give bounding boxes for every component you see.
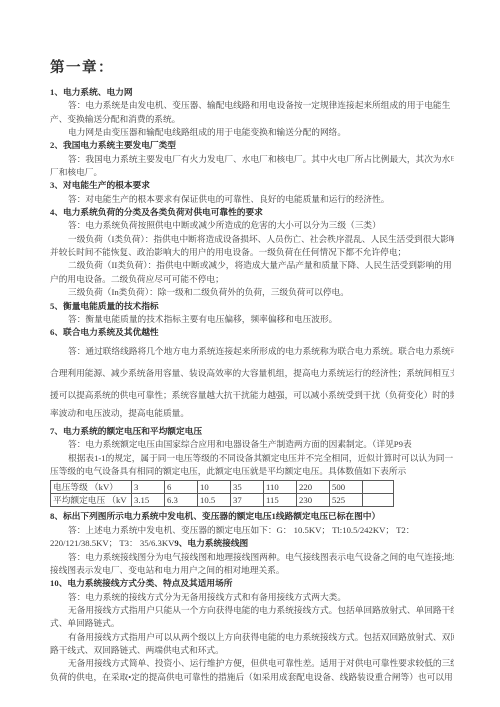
answer-line: 厂和核电厂。 [50, 166, 454, 179]
table-cell: 6 [165, 481, 198, 494]
table-cell: 10 [198, 481, 231, 494]
answer-line: 答：通过联络线路将几个地方电力系统连接起来所形成的电力系统称为联合电力系统。联合… [50, 340, 454, 362]
answer-line: 答：对电能生产的根本要求有保证供电的可靠性、良好的电能质量和运行的经济性。 [50, 193, 454, 206]
answer-line: 答：电力系统接线图分为电气接线图和地理接线图两种。电气接线图表示电气设备之间的电… [50, 551, 454, 564]
answer-line: 无备用接线方式简单、投资小、运行维护方便，但供电可靠性差。适用于对供电可靠性要求… [50, 657, 454, 670]
answer-line: 式、单回路链式。 [50, 617, 454, 630]
voltage-table: 电压等级 （kV） 3 6 10 35 110 220 500 平均额定电压 （… [50, 480, 394, 507]
table-cell: 10.5 [198, 494, 231, 507]
answer-line: 二级负荷（II类负荷）：指供电中断或减少，将造成大量产品产量和质量下降、人民生活… [50, 259, 454, 272]
document-page: 第一章： 1、电力系统、电力网 答：电力系统是由发电机、变压器、输配电线路和用电… [0, 0, 500, 707]
answer-line: 并较长时间不能恢复、政治影响大的用户的用电设备。一级负荷在任何情况下都不允许停电… [50, 246, 454, 259]
answer-line: 户的用电设备。二级负荷应尽可可能不停电； [50, 273, 454, 286]
question-8: 8、标出下列图所示电力系统中发电机、变压器的额定电压1线路额定电压已标在图中） [50, 510, 454, 523]
table-cell [363, 494, 394, 507]
answer-line: 答：衡量电能质量的技术指标主要有电压偏移，频率偏移和电压波形。 [50, 313, 454, 326]
answer-line: 答：电力系统是由发电机、变压器、输配电线路和用电设备按一定规律连接起来所组成的用… [50, 99, 454, 112]
table-cell: 500 [330, 481, 363, 494]
answer-text: 220/121/38.5KV； T3： 35/6.3KV [50, 538, 174, 548]
answer-line-with-question-9: 220/121/38.5KV； T3： 35/6.3KV9、电力系统接线图 [50, 537, 454, 550]
answer-line: 一级负荷（I类负荷）：指供电中断将造成设备损坏、人员伤亡、社会秩序混乱、人民生活… [50, 233, 454, 246]
answer-line: 答：我国电力系统主要发电厂有火力发电厂、水电厂和核电厂。其中火电厂所占比例最大，… [50, 153, 454, 166]
question-5: 5、衡量电能质量的技术指标 [50, 300, 454, 313]
answer-line: 答：电力系统负荷按照供电中断或减少所造成的危害的大小可以分为三级（三类） [50, 219, 454, 232]
table-cell: 525 [330, 494, 363, 507]
table-cell: 230 [297, 494, 330, 507]
answer-line: 率波动和电压波动，提高电能质量。 [50, 407, 454, 420]
question-4: 4、电力系统负荷的分类及各类负荷对供电可靠性的要求 [50, 206, 454, 219]
table-cell: 平均额定电压 （kV [51, 494, 132, 507]
table-cell: 115 [264, 494, 297, 507]
answer-line: 负荷的供电，在采取•定的提高供电可靠性的措施后（如采用成套配电设备、线路装设重合… [50, 671, 454, 684]
question-3: 3、对电能生产的根本要求 [50, 179, 454, 192]
answer-line: 答：上述电力系统中发电机、变压器的额定电压如下：G： 10.5KV； Tl:10… [50, 524, 454, 537]
table-cell: 35 [231, 481, 264, 494]
answer-line: 答：电力系统的接线方式分为无备用接线方式和有备用接线方式两大类。 [50, 591, 454, 604]
question-2: 2、我国电力系统主要发电厂类型 [50, 139, 454, 152]
answer-line: 路干线式、双回路链式、两端供电式和环式。 [50, 644, 454, 657]
question-10: 10、电力系统接线方式分类、特点及其适用场所 [50, 577, 454, 590]
question-7: 7、电力系统的额定电压和平均额定电压 [50, 425, 454, 438]
answer-line: 有备用接线方式指用户可以从两个级以上方向获得电能的电力系统接线方式。包括双回路放… [50, 631, 454, 644]
chapter-title: 第一章： [50, 56, 454, 77]
answer-line: 三级负荷（In类负荷）：除一级和二级负荷外的负荷，三级负荷可以停电。 [50, 286, 454, 299]
table-cell [363, 481, 394, 494]
table-row-voltage-class: 电压等级 （kV） 3 6 10 35 110 220 500 [51, 481, 394, 494]
table-cell: 3 [132, 481, 165, 494]
answer-line: 压等级的电气设备具有相同的额定电压，此额定电压就是平均额定电压。具体数值如下表所… [50, 465, 454, 478]
table-cell: 3.15 [132, 494, 165, 507]
table-cell: 6.3 [165, 494, 198, 507]
answer-line: 根据表1-1的规定，属于同一电压等级的不同设备其额定电压并不完全相同，近似计算时… [50, 452, 454, 465]
question-9: 9、电力系统接线图 [174, 538, 248, 548]
answer-line: 电力网是由变压器和输配电线路组成的用于电能变换和输送分配的网络。 [50, 126, 454, 139]
question-6: 6、联合电力系统及其优越性 [50, 326, 454, 339]
answer-line: 援可以提高系统的供电可靠性；系统容量越大抗干扰能力越强，可以减小系统受到干扰（负… [50, 384, 454, 406]
answer-line: 接线图表示发电厂、变电站和电力用户之间的相对地理关系。 [50, 564, 454, 577]
answer-line: 产、变换输送分配和消费的系统。 [50, 113, 454, 126]
table-cell: 110 [264, 481, 297, 494]
table-cell: 37 [231, 494, 264, 507]
table-cell: 220 [297, 481, 330, 494]
answer-line: 无备用接线方式指用户只能从一个方向获得电能的电力系统接线方式。包括单回路放射式、… [50, 604, 454, 617]
question-1: 1、电力系统、电力网 [50, 86, 454, 99]
answer-line: 答：电力系统额定电压由国家综合应用和电器设备生产制造两方面的因素制定。（详见P9… [50, 438, 454, 451]
answer-line: 合理利用能源、减少系统备用容量、装设高效率的大容量机组，提高电力系统运行的经济性… [50, 362, 454, 384]
table-row-average-rated-voltage: 平均额定电压 （kV 3.15 6.3 10.5 37 115 230 525 [51, 494, 394, 507]
table-cell: 电压等级 （kV） [51, 481, 132, 494]
